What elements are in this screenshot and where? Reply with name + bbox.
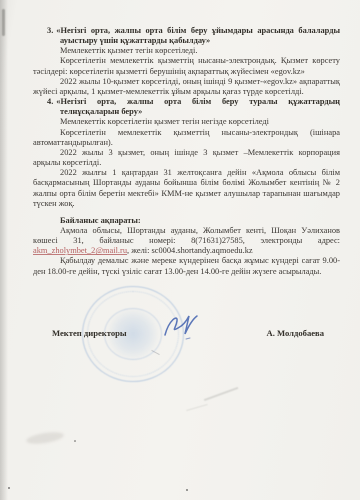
service-item-3-paragraph: Мемлекеттік қызмет тегін көрсетіледі.: [33, 46, 340, 56]
contact-address-post: , желі: sc0004.shortandy.aqmoedu.kz: [127, 246, 253, 255]
email-link[interactable]: akm_zholymbet_2@mail.ru: [33, 246, 127, 255]
scan-speck: [8, 487, 10, 489]
contact-info-heading: Байланыс ақпараты:: [33, 216, 340, 226]
service-item-4-paragraph: Мемлекеттік көрсетілетін қызмет тегін не…: [33, 117, 340, 127]
scan-speck: [74, 440, 76, 442]
service-item-4-title-text: «Негізгі орта, жалпы орта білім беру тур…: [56, 97, 340, 116]
scan-smudge: [25, 430, 64, 446]
list-number-3: 3.: [47, 26, 56, 35]
service-item-3-paragraph: Көрсетілетін мемлекеттік қызметтің нысан…: [33, 56, 340, 76]
list-number-4: 4.: [47, 97, 56, 106]
service-item-3-title: 3.«Негізгі орта, жалпы орта білім беру ұ…: [33, 26, 340, 46]
contact-address-pre: Ақмола облысы, Шортанды ауданы, Жолымбет…: [33, 226, 340, 245]
scan-smudge-line: [204, 387, 238, 401]
service-item-4-paragraph: Көрсетілетін мемлекеттік қызметтің нысан…: [33, 128, 340, 148]
service-item-4-paragraph: 2022 жылғы 1 қаңтардан 31 желтоқсанға де…: [33, 168, 340, 209]
document-body: 3.«Негізгі орта, жалпы орта білім беру ұ…: [33, 26, 340, 277]
reception-hours-paragraph: Қабылдау демалыс және мереке күндерінен …: [33, 256, 340, 276]
scan-edge-mark: [2, 9, 5, 36]
scan-speck: [186, 489, 188, 491]
handwritten-signature: [156, 308, 206, 348]
scanned-document-page: 3.«Негізгі орта, жалпы орта білім беру ұ…: [0, 0, 360, 500]
service-item-3-paragraph: 2022 жылы 10-қызмет көрсетілді, оның іші…: [33, 77, 340, 97]
service-item-3-title-text: «Негізгі орта, жалпы орта білім беру ұйы…: [56, 26, 340, 45]
service-item-4-title: 4.«Негізгі орта, жалпы орта білім беру т…: [33, 97, 340, 117]
service-item-4-paragraph: 2022 жылы 3 қызмет, оның ішінде 3 қызмет…: [33, 148, 340, 168]
scan-smudge-line: [186, 404, 207, 411]
signatory-name: А. Молдобаева: [267, 328, 341, 338]
signatory-role: Мектеп директоры: [33, 328, 127, 338]
contact-address-paragraph: Ақмола облысы, Шортанды ауданы, Жолымбет…: [33, 226, 340, 256]
scan-edge-shadow: [0, 0, 8, 500]
